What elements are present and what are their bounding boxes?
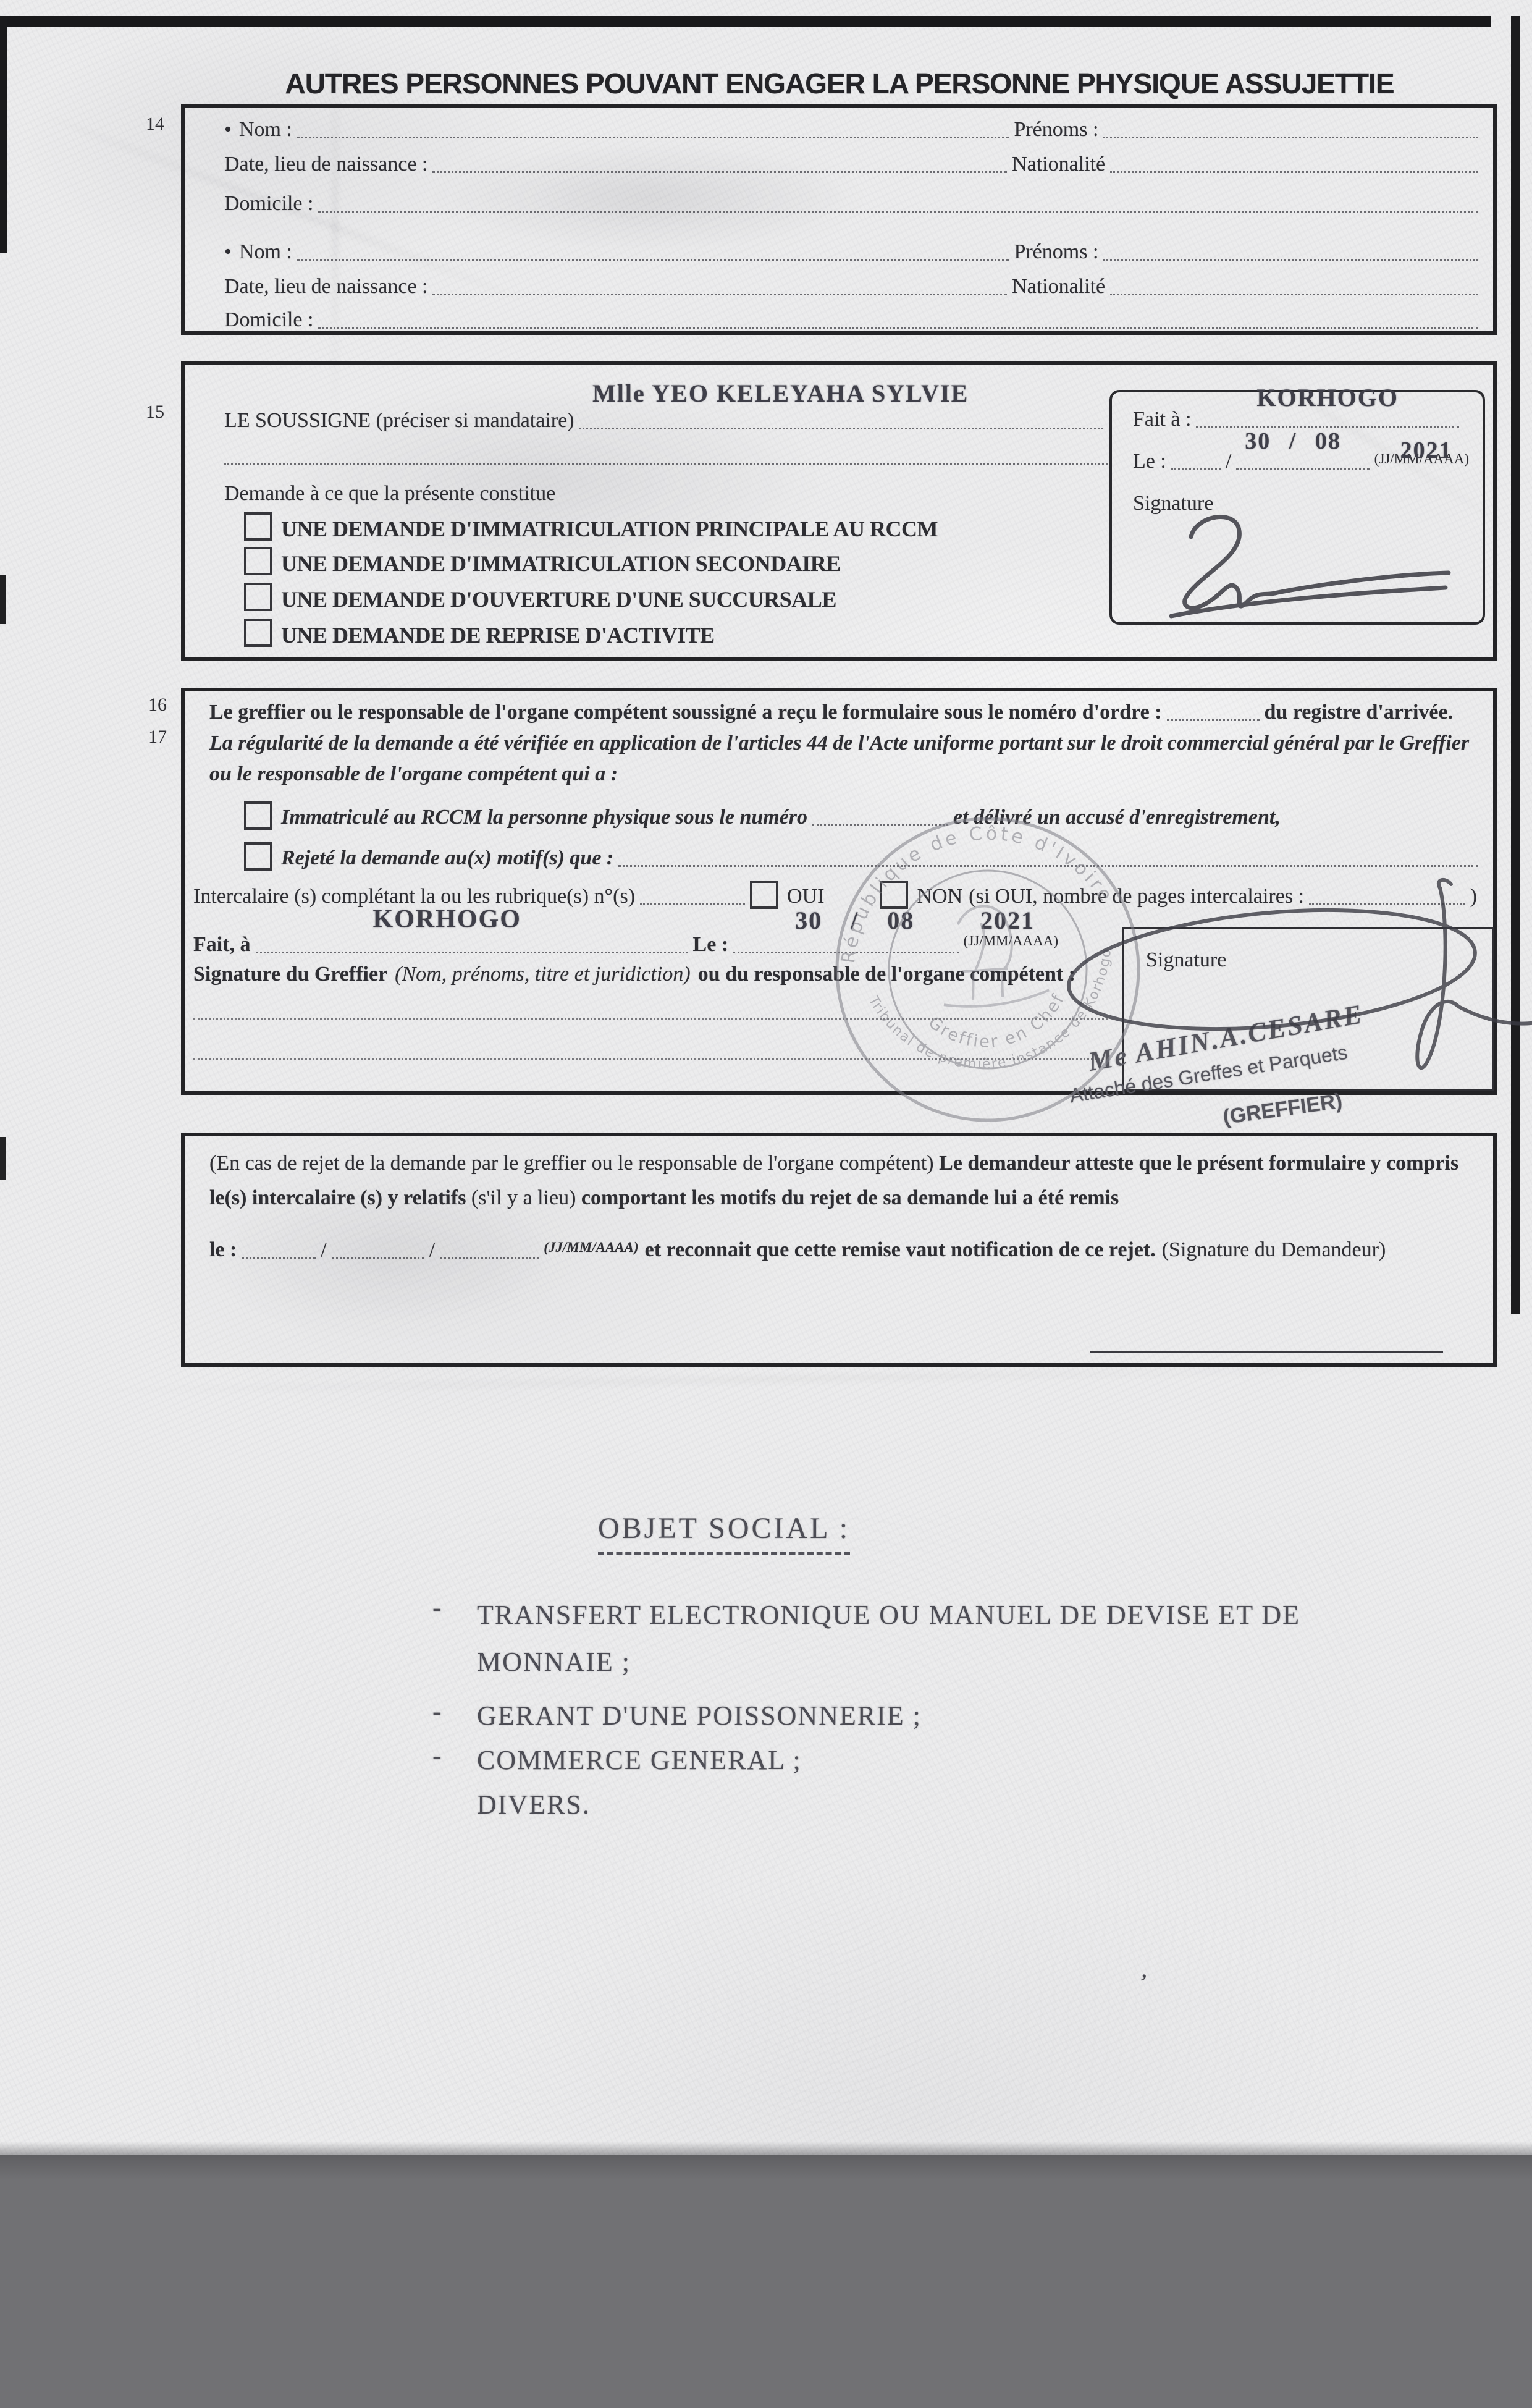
objet-item-text: GERANT D'UNE POISSONNERIE ;: [477, 1696, 922, 1736]
month-field: 30 / 08: [1236, 450, 1369, 470]
fait-a-box: Fait à : KORHOGO Le : / 30 / 08 (JJ/MM: [1109, 390, 1485, 625]
section-17-number: 17: [148, 727, 167, 748]
checkbox-immatriculation-principale[interactable]: [244, 512, 272, 541]
option-label: UNE DEMANDE D'IMMATRICULATION PRINCIPALE…: [281, 516, 938, 542]
section-15-number: 15: [146, 402, 164, 423]
checkbox-ouverture-succursale[interactable]: [244, 583, 272, 611]
objet-item-dash: -: [432, 1696, 477, 1736]
le-label-17: Le :: [693, 931, 729, 958]
stamped-month: 08: [1315, 428, 1341, 454]
rejection-year-field: [440, 1238, 539, 1259]
rejection-le-label: le :: [209, 1236, 237, 1264]
objet-item-dash: -: [432, 1740, 477, 1781]
fait-a-value-17: KORHOGO: [373, 905, 521, 934]
section-14-box: • Nom : Prénoms : Date, lieu de naissanc…: [181, 104, 1497, 335]
date-format-hint: (JJ/MM/AAAA) 2021: [1374, 446, 1469, 473]
paper-bottom-edge-shadow: [0, 2142, 1532, 2155]
objet-item: - GERANT D'UNE POISSONNERIE ;: [432, 1696, 1433, 1736]
objet-item-indent: [432, 1785, 477, 1825]
objet-item-text: TRANSFERT ELECTRONIQUE OU MANUEL DE DEVI…: [477, 1592, 1433, 1686]
scan-edge-top-bar: [0, 16, 1491, 27]
greffier-signature: [1050, 877, 1532, 1087]
nom-field: [297, 118, 1009, 138]
nom-field-2: [297, 240, 1009, 261]
declarant-name-value: Mlle YEO KELEYAHA SYLVIE: [592, 379, 969, 408]
greffier-received-text: Le greffier ou le responsable de l'organ…: [209, 699, 1162, 726]
rejection-bold-2: le(s) intercalaire (s) y relatifs: [209, 1186, 466, 1209]
prenoms-field: [1103, 118, 1478, 138]
rejection-notice-box: (En cas de rejet de la demande par le gr…: [181, 1133, 1497, 1367]
nationalite-field: [1110, 153, 1478, 173]
fait-a-field-17: KORHOGO: [256, 933, 688, 953]
regularite-intro-line2: ou le responsable de l'organe compétent …: [209, 761, 618, 788]
stamped-day-month: 30 / 08: [1245, 428, 1341, 455]
nationalite-field-2: [1110, 275, 1478, 295]
rejection-date-format: (JJ/MM/AAAA): [544, 1234, 638, 1261]
fait-a-label-17: Fait, à: [193, 931, 251, 958]
naissance-field: [432, 153, 1007, 173]
prenoms-label: Prénoms :: [1014, 116, 1098, 143]
scanner-background-band: [0, 2155, 1532, 2408]
immatricule-text: Immatriculé au RCCM la personne physique…: [281, 804, 807, 831]
soussigne-label: LE SOUSSIGNE (préciser si mandataire): [224, 407, 574, 434]
prenoms-label-2: Prénoms :: [1014, 239, 1098, 266]
scan-edge-left-strip: [0, 16, 7, 253]
prenoms-field-2: [1103, 240, 1478, 261]
bullet: •: [224, 239, 232, 266]
registre-arrivee-text: du registre d'arrivée.: [1265, 699, 1454, 726]
demande-label: Demande à ce que la présente constitue: [224, 480, 555, 507]
nationalite-label: Nationalité: [1012, 151, 1105, 178]
section-16-number: 16: [148, 695, 167, 716]
rejection-month-field: [332, 1238, 424, 1259]
rejection-bold-3: comportant les motifs du rejet de sa dem…: [581, 1186, 1119, 1209]
signature-greffier-hint: (Nom, prénoms, titre et juridiction): [395, 963, 690, 986]
bullet: •: [224, 116, 232, 143]
objet-item-text: DIVERS.: [477, 1785, 591, 1825]
checkbox-immatricule-rccm[interactable]: [244, 801, 272, 830]
checkbox-reprise-activite[interactable]: [244, 619, 272, 647]
objet-social-heading: OBJET SOCIAL :: [598, 1511, 850, 1555]
demandeur-signature-line: [1090, 1351, 1443, 1353]
regularite-intro-line1: La régularité de la demande a été vérifi…: [209, 730, 1469, 757]
fait-a-label: Fait à :: [1133, 406, 1191, 433]
stamped-slash: /: [1289, 428, 1297, 454]
stray-pen-mark: ’: [1134, 1968, 1150, 1999]
checkbox-immatriculation-secondaire[interactable]: [244, 547, 272, 575]
stamped-day: 30: [1245, 428, 1271, 454]
domicile-label: Domicile :: [224, 190, 313, 218]
section-16-17-box: Le greffier ou le responsable de l'organ…: [181, 688, 1497, 1095]
objet-item-text: COMMERCE GENERAL ;: [477, 1740, 802, 1781]
rejection-day-field: [242, 1238, 316, 1259]
le-label: Le :: [1133, 448, 1166, 475]
scan-edge-left-mark2: [0, 1137, 6, 1180]
rejection-bold-1: Le demandeur atteste que le présent form…: [939, 1152, 1458, 1175]
rejection-paren: (s'il y a lieu): [471, 1186, 576, 1209]
signature-greffier-text: Signature du Greffier: [193, 963, 387, 986]
soussigne-field-line2: [224, 444, 1108, 465]
objet-item: - TRANSFERT ELECTRONIQUE OU MANUEL DE DE…: [432, 1592, 1433, 1686]
checkbox-oui[interactable]: [750, 881, 778, 909]
rejection-bold-4: et reconnait que cette remise vaut notif…: [645, 1236, 1156, 1264]
domicile-field: [318, 192, 1478, 213]
domicile-field-2: [318, 308, 1478, 329]
option-label: UNE DEMANDE DE REPRISE D'ACTIVITE: [281, 622, 715, 648]
naissance-label: Date, lieu de naissance :: [224, 151, 427, 178]
greffier-stamp-role: (GREFFIER): [1221, 1089, 1344, 1130]
rejection-signature-hint: (Signature du Demandeur): [1162, 1236, 1386, 1264]
objet-social-list: - TRANSFERT ELECTRONIQUE OU MANUEL DE DE…: [432, 1592, 1433, 1825]
fait-a-field: KORHOGO: [1196, 408, 1459, 428]
rejete-text: Rejeté la demande au(x) motif(s) que :: [281, 845, 613, 872]
nationalite-label-2: Nationalité: [1012, 273, 1105, 300]
checkbox-rejete-demande[interactable]: [244, 842, 272, 871]
section-14-number: 14: [146, 114, 164, 135]
seal-elephant-emblem: [928, 897, 1050, 1014]
fait-a-value: KORHOGO: [1256, 383, 1399, 412]
scan-edge-left-mark: [0, 575, 6, 624]
date-slash: /: [1226, 448, 1231, 475]
day-field: [1171, 450, 1221, 470]
rejection-slash-2: /: [429, 1236, 435, 1264]
section-15-box: LE SOUSSIGNE (préciser si mandataire) Ml…: [181, 361, 1497, 661]
soussigne-field: [579, 409, 1103, 429]
numero-ordre-field: [1167, 701, 1260, 721]
page-title: AUTRES PERSONNES POUVANT ENGAGER LA PERS…: [182, 67, 1497, 100]
option-label: UNE DEMANDE D'OUVERTURE D'UNE SUCCURSALE: [281, 586, 836, 612]
stamped-year: 2021: [1400, 437, 1452, 464]
naissance-label-2: Date, lieu de naissance :: [224, 273, 427, 300]
rejection-slash-1: /: [321, 1236, 326, 1264]
domicile-label-2: Domicile :: [224, 306, 313, 334]
option-label: UNE DEMANDE D'IMMATRICULATION SECONDAIRE: [281, 551, 841, 577]
applicant-signature: [1137, 501, 1458, 619]
crease-3: [62, 1366, 1483, 1393]
objet-item: - COMMERCE GENERAL ;: [432, 1740, 1433, 1781]
scan-edge-right-strip: [1511, 16, 1520, 1314]
rubriques-field: [640, 885, 745, 905]
naissance-field-2: [432, 275, 1007, 295]
rejection-intro: (En cas de rejet de la demande par le gr…: [209, 1152, 934, 1175]
objet-item: DIVERS.: [432, 1785, 1433, 1825]
scanned-form-page: AUTRES PERSONNES POUVANT ENGAGER LA PERS…: [0, 0, 1532, 2408]
nom-label: Nom :: [239, 116, 292, 143]
nom-label-2: Nom :: [239, 239, 292, 266]
objet-item-dash: -: [432, 1592, 477, 1686]
